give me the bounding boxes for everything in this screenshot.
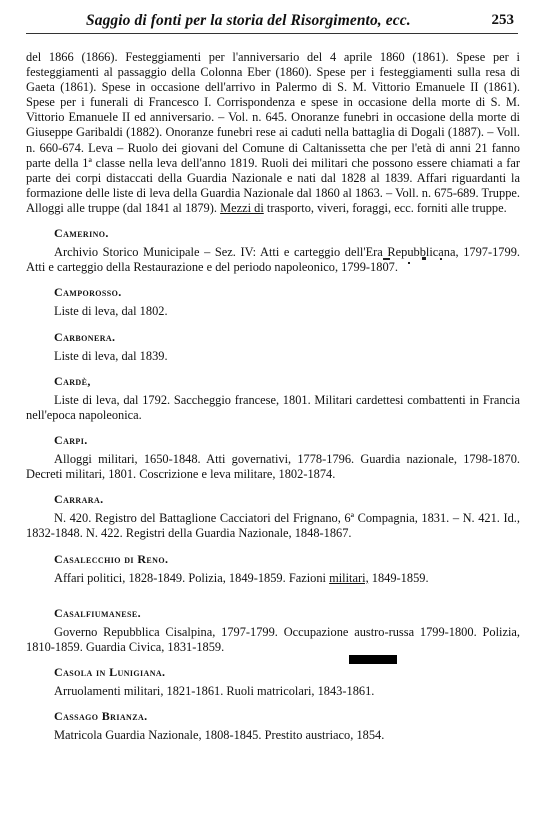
entry-title: Carrara.: [54, 492, 520, 507]
entry-body-text: Affari politici, 1828-1849. Polizia, 184…: [54, 571, 329, 585]
entry-body: Liste di leva, dal 1839.: [26, 349, 520, 364]
underlined-text: militari,: [329, 571, 369, 585]
entry-body: Archivio Storico Municipale – Sez. IV: A…: [26, 245, 520, 275]
redaction-bar: [349, 655, 397, 664]
entry-casalfiumanese: Casalfiumanese. Governo Repubblica Cisal…: [26, 606, 520, 655]
entry-body: Liste di leva, dal 1792. Saccheggio fran…: [26, 393, 520, 423]
page-body: del 1866 (1866). Festeggiamenti per l'an…: [26, 50, 520, 743]
entry-title: Camporosso.: [54, 285, 520, 300]
entry-carrara: Carrara. N. 420. Registro del Battaglion…: [26, 492, 520, 541]
continuation-text: del 1866 (1866). Festeggiamenti per l'an…: [26, 50, 520, 215]
scan-mark: [408, 262, 410, 264]
continuation-paragraph: del 1866 (1866). Festeggiamenti per l'an…: [26, 50, 520, 216]
page-number: 253: [492, 12, 515, 29]
entry-title: Casola in Lunigiana.: [54, 665, 520, 680]
entry-title: Cardè,: [54, 374, 520, 389]
entry-body-text-end: 1849-1859.: [369, 571, 429, 585]
entry-title: Carpi.: [54, 433, 520, 448]
entry-body: Matricola Guardia Nazionale, 1808-1845. …: [26, 728, 520, 743]
scan-mark: [383, 258, 390, 260]
entry-title: Carbonera.: [54, 330, 520, 345]
scan-mark: [440, 258, 442, 260]
entry-carde: Cardè, Liste di leva, dal 1792. Sacchegg…: [26, 374, 520, 423]
entry-body: Liste di leva, dal 1802.: [26, 304, 520, 319]
entry-carpi: Carpi. Alloggi militari, 1650-1848. Atti…: [26, 433, 520, 482]
entry-body: N. 420. Registro del Battaglione Cacciat…: [26, 511, 520, 541]
page-header: Saggio di fonti per la storia del Risorg…: [26, 10, 520, 32]
entry-body: Arruolamenti militari, 1821-1861. Ruoli …: [26, 684, 520, 699]
entry-body: Alloggi militari, 1650-1848. Atti govern…: [26, 452, 520, 482]
scan-mark: [422, 257, 426, 260]
entry-cassago-brianza: Cassago Brianza. Matricola Guardia Nazio…: [26, 709, 520, 743]
running-title: Saggio di fonti per la storia del Risorg…: [86, 12, 411, 30]
underlined-text: Mezzi di: [220, 201, 264, 215]
entry-camporosso: Camporosso. Liste di leva, dal 1802.: [26, 285, 520, 319]
entry-casalecchio-di-reno: Casalecchio di Reno. Affari politici, 18…: [26, 552, 520, 586]
entry-title: Cassago Brianza.: [54, 709, 520, 724]
entry-body: Affari politici, 1828-1849. Polizia, 184…: [26, 571, 520, 586]
entry-title: Camerino.: [54, 226, 520, 241]
continuation-text-end: trasporto, viveri, foraggi, ecc. forniti…: [264, 201, 507, 215]
header-rule: [26, 33, 518, 34]
entry-carbonera: Carbonera. Liste di leva, dal 1839.: [26, 330, 520, 364]
entry-title: Casalecchio di Reno.: [54, 552, 520, 567]
entry-body: Governo Repubblica Cisalpina, 1797-1799.…: [26, 625, 520, 655]
entry-title: Casalfiumanese.: [54, 606, 520, 621]
entry-camerino: Camerino. Archivio Storico Municipale – …: [26, 226, 520, 275]
entry-casola-in-lunigiana: Casola in Lunigiana. Arruolamenti milita…: [26, 665, 520, 699]
